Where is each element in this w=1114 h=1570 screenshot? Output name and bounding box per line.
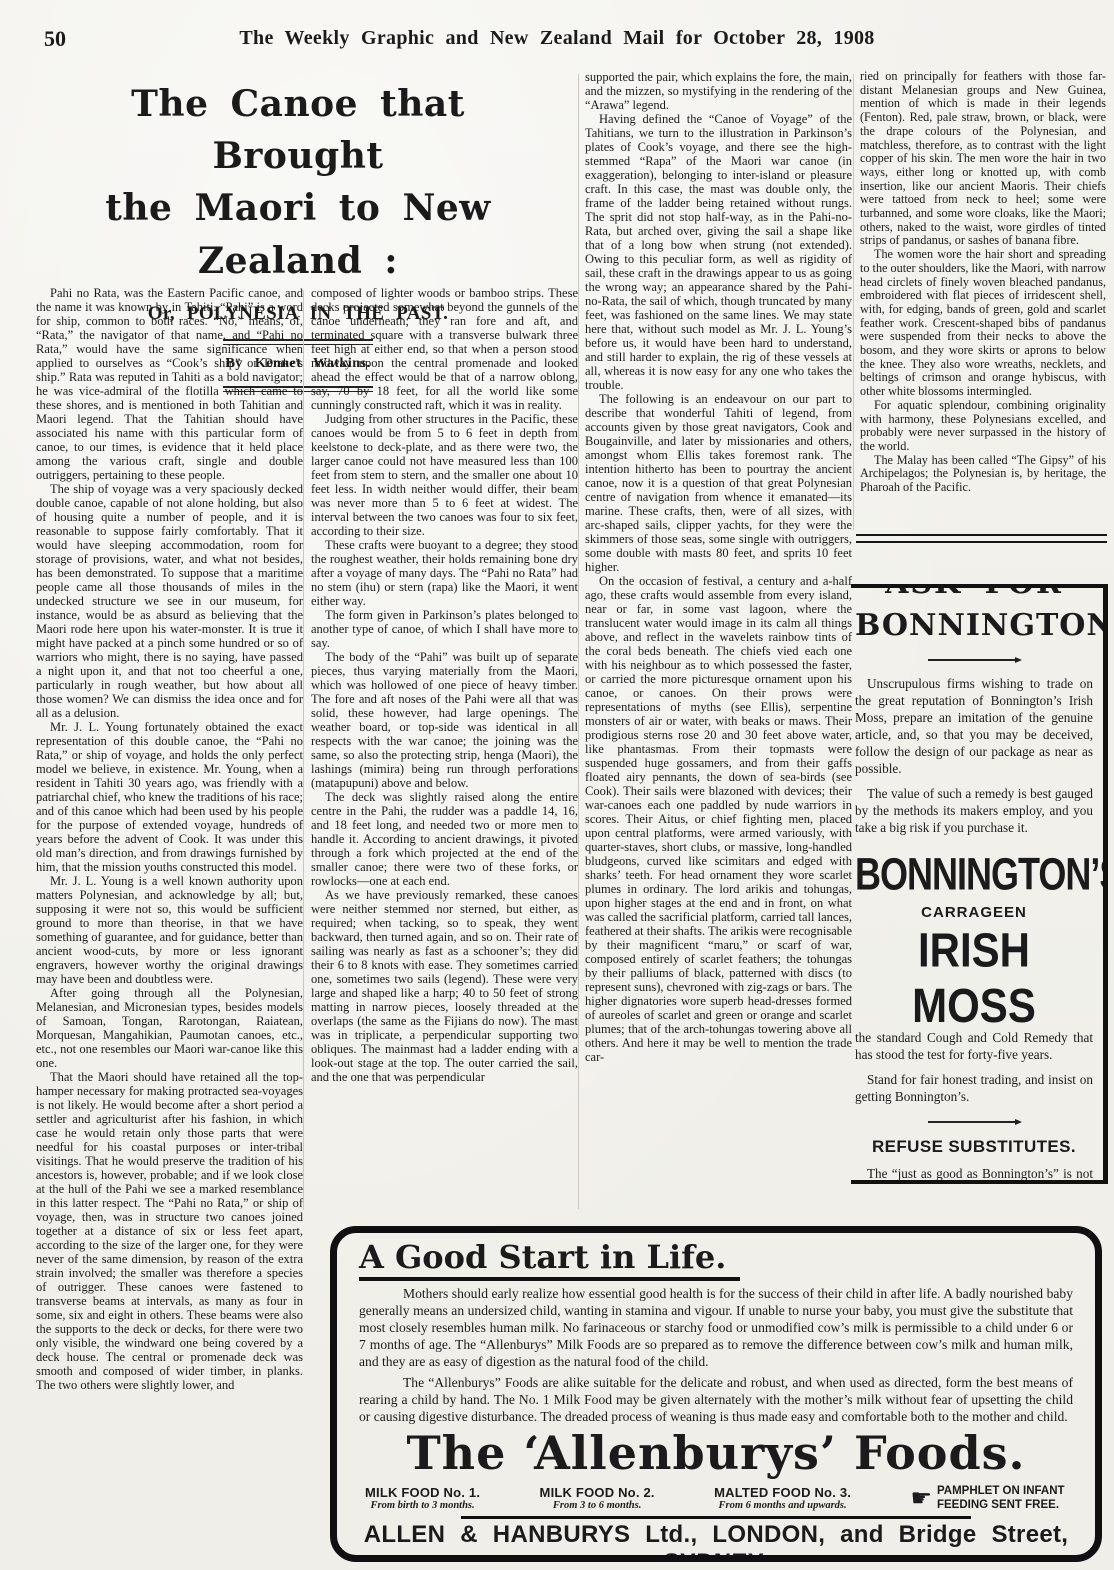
product-age-range: From 3 to 6 months. <box>540 1500 655 1511</box>
article-title-line1: The Canoe that Brought <box>131 83 465 177</box>
article-column-4: ried on principally for feathers with th… <box>860 70 1106 495</box>
article-title: The Canoe that Brought the Maori to New … <box>40 78 556 287</box>
bonnington-ad: ASK FOR BONNINGTON’S. Unscrupulous firms… <box>851 584 1108 1184</box>
bonnington-ad-title-line1: ASK FOR <box>873 584 1075 600</box>
product-name: MILK FOOD No. 1. <box>365 1485 480 1500</box>
article-column-3: supported the pair, which explains the f… <box>585 70 852 1064</box>
article-paragraph: Mr. J. L. Young is a well known authorit… <box>36 874 303 986</box>
pamphlet-offer: ☛ PAMPHLET ON INFANT FEEDING SENT FREE. <box>910 1485 1067 1513</box>
article-paragraph: The body of the “Pahi” was built up of s… <box>311 650 578 790</box>
column-rule <box>578 74 579 1209</box>
bonnington-ad-paragraph: The value of such a remedy is best gauge… <box>855 785 1093 836</box>
pamphlet-offer-text: PAMPHLET ON INFANT FEEDING SENT FREE. <box>937 1485 1067 1513</box>
product-name: MILK FOOD No. 2. <box>540 1485 655 1500</box>
article-paragraph: Pahi no Rata, was the Eastern Pacific ca… <box>36 286 303 482</box>
article-title-line2: the Maori to New Zealand : <box>105 187 491 281</box>
pointing-hand-icon: ☛ <box>910 1487 932 1511</box>
product-item: MALTED FOOD No. 3. From 6 months and upw… <box>714 1485 851 1511</box>
allenburys-ad: A Good Start in Life. Mothers should ear… <box>330 1226 1102 1562</box>
column-rule <box>303 290 304 1210</box>
article-paragraph: The ship of voyage was a very spaciously… <box>36 482 303 720</box>
ad-divider-rule <box>461 1516 971 1519</box>
article-paragraph: As we have previously remarked, these ca… <box>311 888 578 1084</box>
arrow-divider <box>928 1121 1020 1123</box>
article-paragraph: ried on principally for feathers with th… <box>860 70 1106 248</box>
article-paragraph: The following is an endeavour on our par… <box>585 392 852 574</box>
bonnington-tagline: the standard Cough and Cold Remedy that … <box>855 1029 1093 1063</box>
arrow-divider <box>928 659 1020 661</box>
allenburys-company-footer: ALLEN & HANBURYS Ltd., LONDON, and Bridg… <box>359 1521 1073 1562</box>
masthead-title: The Weekly Graphic and New Zealand Mail … <box>0 27 1114 50</box>
article-paragraph: The deck was slightly raised along the e… <box>311 790 578 888</box>
allenburys-paragraph: The “Allenburys” Foods are alike suitabl… <box>359 1374 1073 1425</box>
article-paragraph: The Malay has been called “The Gipsy” of… <box>860 454 1106 495</box>
article-paragraph: That the Maori should have retained all … <box>36 1070 303 1392</box>
article-paragraph: composed of lighter woods or bamboo stri… <box>311 286 578 412</box>
article-paragraph: Having defined the “Canoe of Voyage” of … <box>585 112 852 392</box>
bonnington-ad-paragraph: Unscrupulous firms wishing to trade on t… <box>855 675 1093 777</box>
article-end-rule <box>856 534 1107 543</box>
article-paragraph: After going through all the Polynesian, … <box>36 986 303 1070</box>
bonnington-exhortation: Stand for fair honest trading, and insis… <box>855 1071 1093 1105</box>
article-paragraph: For aquatic splendour, combining origina… <box>860 399 1106 454</box>
allenburys-headline: A Good Start in Life. <box>359 1239 740 1281</box>
product-item: MILK FOOD No. 1. From birth to 3 months. <box>365 1485 480 1511</box>
article-column-1: Pahi no Rata, was the Eastern Pacific ca… <box>36 286 303 1392</box>
article-paragraph: supported the pair, which explains the f… <box>585 70 852 112</box>
bonnington-refuse-paragraph: The “just as good as Bonnington’s” is no… <box>855 1165 1093 1184</box>
bonnington-product-name: IRISH MOSS <box>855 923 1093 1033</box>
newspaper-page: 50 The Weekly Graphic and New Zealand Ma… <box>0 0 1114 1570</box>
article-paragraph: Judging from other structures in the Pac… <box>311 412 578 538</box>
column-rule <box>853 74 854 530</box>
allenburys-paragraph: Mothers should early realize how essenti… <box>359 1285 1073 1370</box>
product-name: MALTED FOOD No. 3. <box>714 1485 851 1500</box>
product-age-range: From birth to 3 months. <box>365 1500 480 1511</box>
allenburys-product-list: MILK FOOD No. 1. From birth to 3 months.… <box>359 1485 1073 1513</box>
article-paragraph: Mr. J. L. Young fortunately obtained the… <box>36 720 303 874</box>
allenburys-brand: The ‘Allenburys’ Foods. <box>359 1429 1073 1477</box>
product-age-range: From 6 months and upwards. <box>714 1500 851 1511</box>
product-item: MILK FOOD No. 2. From 3 to 6 months. <box>540 1485 655 1511</box>
article-paragraph: These crafts were buoyant to a degree; t… <box>311 538 578 608</box>
bonnington-subbrand: CARRAGEEN <box>855 904 1093 921</box>
article-paragraph: The women wore the hair short and spread… <box>860 248 1106 399</box>
bonnington-ad-title-line2: BONNINGTON’S. <box>855 608 1093 643</box>
bonnington-brand: BONNINGTON’S <box>855 848 1093 901</box>
article-paragraph: On the occasion of festival, a century a… <box>585 574 852 1064</box>
refuse-substitutes-heading: REFUSE SUBSTITUTES. <box>855 1137 1093 1157</box>
article-column-2: composed of lighter woods or bamboo stri… <box>311 286 578 1084</box>
article-paragraph: The form given in Parkinson’s plates bel… <box>311 608 578 650</box>
